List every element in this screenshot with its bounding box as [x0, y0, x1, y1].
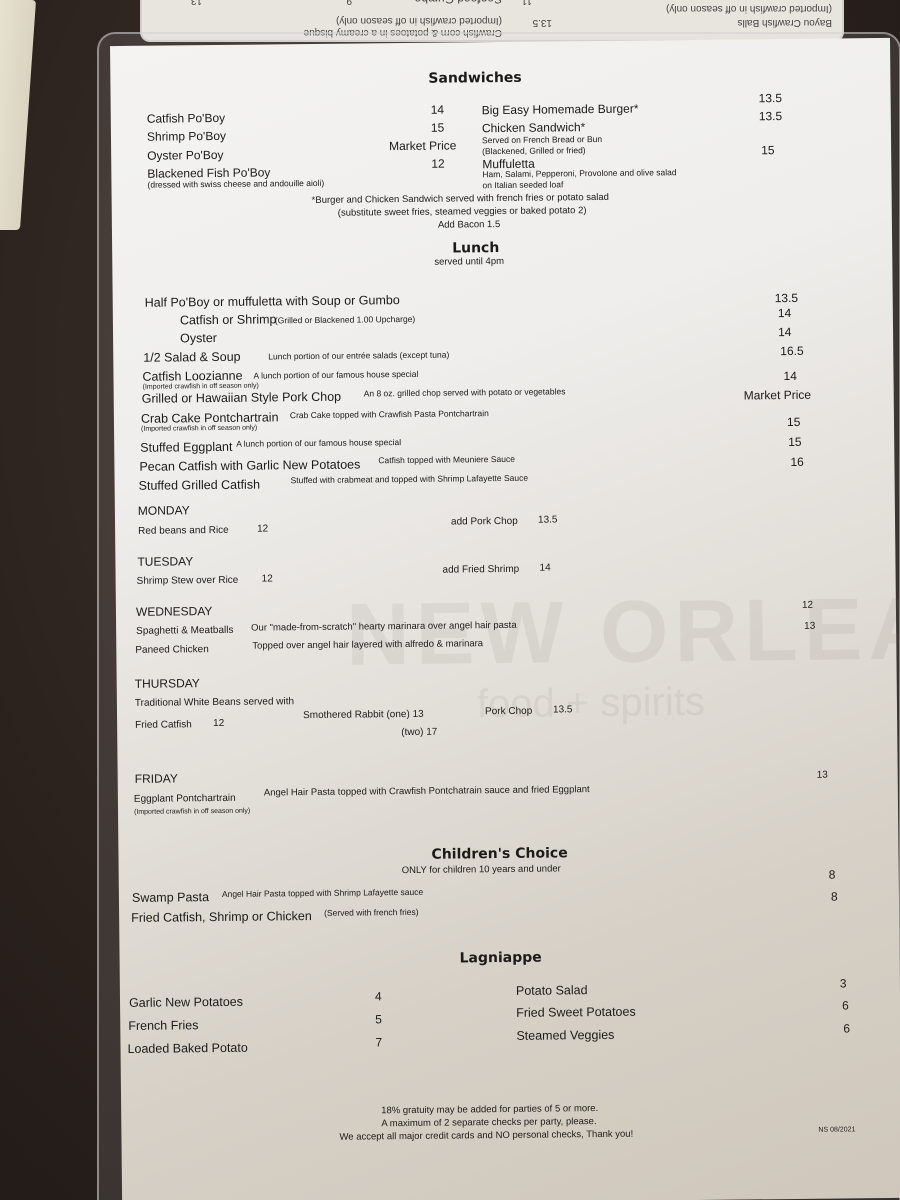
menu-item-desc: (Grilled or Blackened 1.00 Upcharge) — [275, 314, 415, 325]
menu-item-price: 15 — [761, 143, 775, 157]
day-item: Red beans and Rice — [138, 525, 229, 537]
day-addon-price: 13.5 — [538, 514, 558, 525]
menu-item-price: Market Price — [744, 388, 812, 403]
menu-item-desc: A lunch portion of our famous house spec… — [253, 369, 418, 381]
menu-item-price: 3 — [840, 976, 847, 990]
day-item: Paneed Chicken — [135, 644, 209, 656]
menu-item-price: 16.5 — [780, 344, 804, 358]
day-item-desc: Angel Hair Pasta topped with Crawfish Po… — [264, 784, 590, 798]
menu-item-name: Fried Catfish, Shrimp or Chicken — [131, 909, 312, 925]
menu-item-price: 16 — [790, 455, 804, 469]
menu-item-sub: (Imported crawfish in off season only) — [141, 425, 257, 433]
menu-item-price: 5 — [375, 1012, 382, 1026]
menu-item-price: 14 — [783, 369, 797, 383]
menu-item-price: Market Price — [389, 138, 457, 153]
menu-item-name: Catfish Loozianne — [142, 369, 242, 384]
menu-item-price: 15 — [431, 121, 445, 135]
footer-checks: A maximum of 2 separate checks per party… — [381, 1116, 596, 1129]
back-menu-line: (Imported crawfish in off season only) — [336, 15, 502, 26]
day-label-thursday: THURSDAY — [135, 676, 200, 691]
menu-item-desc: on Italian seeded loaf — [482, 179, 563, 190]
menu-item-name: Big Easy Homemade Burger* — [482, 102, 639, 118]
back-menu-line: (Imported crawfish in off season only) — [666, 3, 832, 14]
footer-gratuity: 18% gratuity may be added for parties of… — [381, 1103, 598, 1116]
menu-item-price: 13.5 — [775, 291, 799, 305]
day-item: Fried Catfish — [135, 719, 192, 731]
menu-item-name: Oyster Po'Boy — [147, 148, 223, 163]
menu-item-name: Swamp Pasta — [132, 890, 209, 905]
menu-item-name: Steamed Veggies — [516, 1028, 614, 1043]
menu-item-sub: (Imported crawfish in off season only) — [143, 383, 259, 391]
menu-item-price: 14 — [431, 103, 445, 117]
section-title-children: Children's Choice — [431, 845, 567, 862]
day-intro: Traditional White Beans served with — [135, 696, 294, 709]
menu-item-desc: Served on French Bread or Bun — [482, 134, 602, 145]
day-item-price: 13 — [804, 621, 815, 632]
day-label-wednesday: WEDNESDAY — [136, 604, 213, 619]
day-item: Shrimp Stew over Rice — [137, 575, 239, 587]
menu-item-name: Catfish or Shrimp — [180, 312, 277, 327]
day-item-price: 12 — [802, 600, 813, 611]
menu-item-price: 8 — [831, 890, 838, 904]
menu-item-name: Stuffed Grilled Catfish — [139, 478, 260, 493]
menu-item-name: Pecan Catfish with Garlic New Potatoes — [139, 457, 360, 473]
menu-item-price: 6 — [842, 998, 849, 1012]
menu-item-price: 13.5 — [759, 91, 783, 105]
menu-item-name: Grilled or Hawaiian Style Pork Chop — [142, 390, 342, 406]
menu-item-name: Stuffed Eggplant — [140, 440, 232, 455]
menu-item-name: Half Po'Boy or muffuletta with Soup or G… — [145, 293, 400, 310]
day-item-price: 13.5 — [553, 704, 573, 715]
sandwiches-note: Add Bacon 1.5 — [438, 219, 500, 231]
menu-item-price: 13.5 — [759, 109, 783, 123]
menu-item-price: 14 — [778, 306, 792, 320]
menu-item-name: Potato Salad — [516, 983, 588, 998]
day-addon: add Fried Shrimp — [442, 564, 519, 576]
day-item-price: 12 — [262, 573, 273, 584]
menu-item-name: 1/2 Salad & Soup — [143, 350, 240, 365]
day-item-price: 12 — [213, 718, 224, 729]
menu-item-desc: Angel Hair Pasta topped with Shrimp Lafa… — [222, 887, 423, 899]
section-subtitle-lunch: served until 4pm — [434, 256, 504, 268]
day-item-price: 12 — [257, 523, 268, 534]
menu-item-name: French Fries — [128, 1018, 198, 1033]
back-menu-line: Bayou Crawfish Balls — [738, 17, 832, 28]
day-label-monday: MONDAY — [138, 503, 190, 518]
menu-page: NEW ORLEANS food + spirits Sandwiches Ca… — [110, 38, 900, 1200]
menu-item-price: 7 — [375, 1035, 382, 1049]
menu-item-name: Chicken Sandwich* — [482, 120, 586, 135]
day-label-friday: FRIDAY — [135, 771, 178, 785]
menu-item-desc: An 8 oz. grilled chop served with potato… — [364, 386, 566, 398]
day-addon-price: 14 — [539, 562, 550, 573]
back-menu-price: 9 — [346, 0, 352, 6]
day-item: Spaghetti & Meatballs — [136, 625, 233, 637]
day-item: Pork Chop — [485, 706, 532, 717]
back-menu-price: 13 — [191, 0, 202, 6]
menu-item-desc: (Served with french fries) — [324, 907, 419, 918]
menu-item-desc: (Blackened, Grilled or fried) — [482, 145, 586, 156]
day-item-price: 13 — [817, 770, 828, 781]
section-title-lunch: Lunch — [452, 240, 499, 256]
back-menu-price: 11 — [522, 0, 532, 6]
menu-item-name: Shrimp Po'Boy — [147, 129, 226, 144]
menu-item-price: 4 — [375, 989, 382, 1003]
menu-item-name: Catfish Po'Boy — [147, 111, 225, 126]
sandwiches-note: (substitute sweet fries, steamed veggies… — [338, 205, 587, 219]
menu-item-price: 14 — [778, 325, 792, 339]
day-item-sub: (Imported crawfish in off season only) — [134, 808, 250, 816]
napkin — [0, 0, 36, 230]
menu-item-name: Garlic New Potatoes — [129, 995, 243, 1010]
sandwiches-note: *Burger and Chicken Sandwich served with… — [312, 192, 609, 206]
menu-item-price: 6 — [843, 1021, 850, 1035]
menu-item-price: 12 — [431, 157, 445, 171]
day-item: Smothered Rabbit (one) 13 — [303, 709, 424, 721]
menu-item-desc: (dressed with swiss cheese and andouille… — [147, 178, 324, 190]
menu-item-desc: Ham, Salami, Pepperoni, Provolone and ol… — [482, 167, 676, 179]
menu-item-name: Fried Sweet Potatoes — [516, 1005, 636, 1020]
day-addon: add Pork Chop — [451, 516, 518, 528]
section-title-lagniappe: Lagniappe — [460, 950, 542, 967]
menu-item-name: Oyster — [180, 331, 217, 345]
footer-payment: We accept all major credit cards and NO … — [339, 1129, 633, 1143]
back-menu-line: Seafood Gumbo — [415, 0, 502, 6]
menu-item-desc: A lunch portion of our famous house spec… — [236, 437, 401, 449]
back-menu-price: 13.5 — [533, 17, 552, 28]
menu-item-name: Crab Cake Pontchartrain — [141, 410, 279, 425]
menu-item-desc: Catfish topped with Meuniere Sauce — [378, 454, 515, 465]
footer-code: NS 08/2021 — [818, 1126, 855, 1133]
day-label-tuesday: TUESDAY — [137, 554, 193, 569]
menu-item-desc: Crab Cake topped with Crawfish Pasta Pon… — [290, 408, 489, 420]
menu-item-name: Loaded Baked Potato — [127, 1041, 247, 1056]
menu-item-desc: Lunch portion of our entrée salads (exce… — [268, 350, 449, 362]
menu-item-desc: Stuffed with crabmeat and topped with Sh… — [291, 473, 529, 485]
day-item-price: (two) 17 — [401, 727, 437, 738]
menu-item-price: 15 — [788, 435, 802, 449]
day-item: Eggplant Pontchartrain — [134, 793, 236, 805]
section-title-sandwiches: Sandwiches — [428, 70, 522, 87]
menu-item-price: 15 — [787, 415, 801, 429]
watermark-tagline: food + spirits — [477, 680, 705, 727]
section-subtitle-children: ONLY for children 10 years and under — [402, 863, 561, 876]
menu-item-price: 8 — [829, 868, 836, 882]
